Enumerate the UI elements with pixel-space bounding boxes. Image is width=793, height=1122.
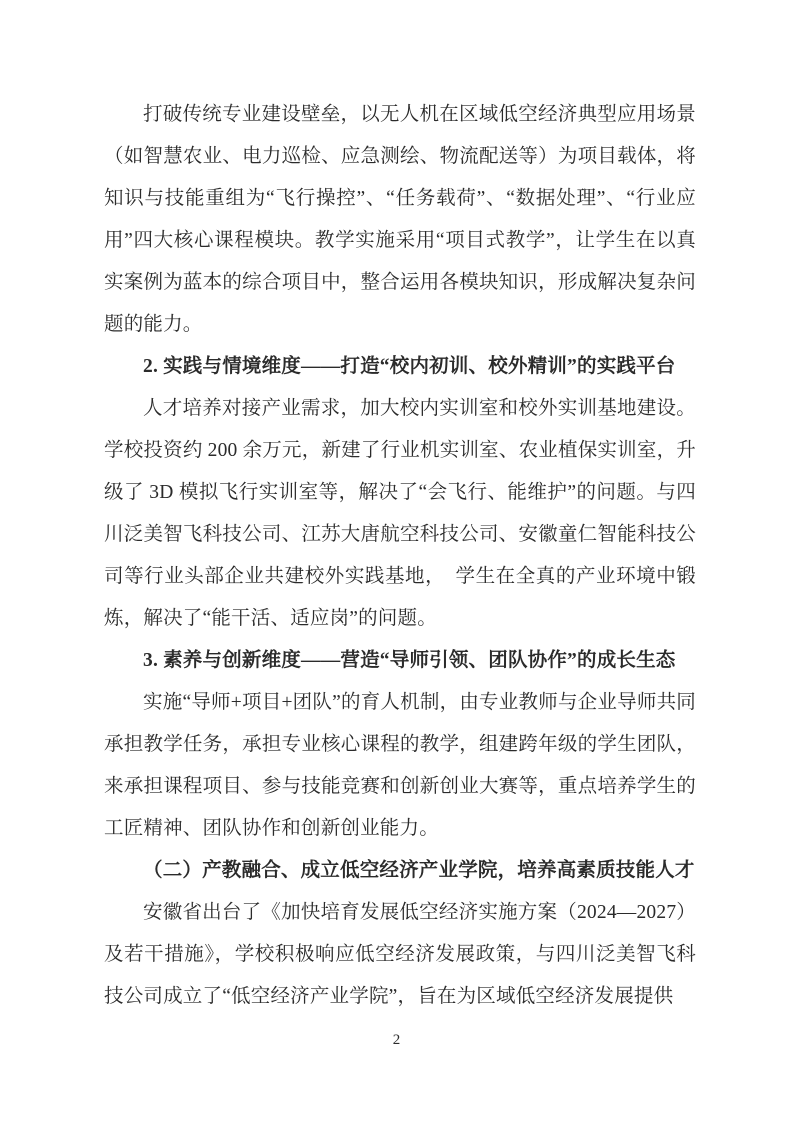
- body-paragraph: 打破传统专业建设壁垒，以无人机在区域低空经济典型应用场景（如智慧农业、电力巡检、…: [104, 94, 696, 346]
- section-heading: 3. 素养与创新维度——营造“导师引领、团队协作”的成长生态: [104, 640, 696, 682]
- section-heading: （二）产教融合、成立低空经济产业学院，培养高素质技能人才: [104, 850, 696, 892]
- document-page: 打破传统专业建设壁垒，以无人机在区域低空经济典型应用场景（如智慧农业、电力巡检、…: [0, 0, 793, 1122]
- body-paragraph: 人才培养对接产业需求，加大校内实训室和校外实训基地建设。学校投资约 200 余万…: [104, 388, 696, 640]
- page-number: 2: [393, 1032, 401, 1048]
- body-paragraph: 安徽省出台了《加快培育发展低空经济实施方案（2024—2027）及若干措施》，学…: [104, 892, 696, 1018]
- body-paragraph: 实施“导师+项目+团队”的育人机制，由专业教师与企业导师共同承担教学任务，承担专…: [104, 682, 696, 850]
- page-footer: 2: [0, 1032, 793, 1049]
- section-heading: 2. 实践与情境维度——打造“校内初训、校外精训”的实践平台: [104, 346, 696, 388]
- document-body: 打破传统专业建设壁垒，以无人机在区域低空经济典型应用场景（如智慧农业、电力巡检、…: [104, 94, 696, 1018]
